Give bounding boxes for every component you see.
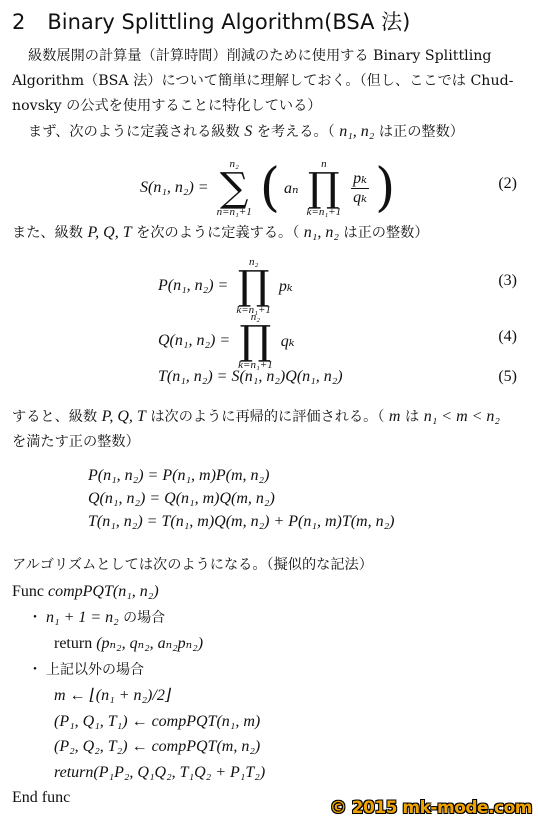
definition-text: また、級数 P, Q, T を次のように定義する。（ n₁, n₂ は正の整数）: [12, 220, 429, 246]
intro-line-4: まず、次のように定義される級数 S を考える。（ n₁, n₂ は正の整数）: [12, 119, 513, 145]
equation-number-4: (4): [498, 328, 517, 346]
section-heading: 2Binary Splittling Algorithm(BSA 法): [12, 6, 410, 36]
sum-operator: n₂ ∑ n=n₁+1: [217, 158, 252, 218]
watermark: © 2015 mk-mode.com: [330, 798, 532, 818]
recursion-text: すると、級数 P, Q, T は次のように再帰的に評価される。（ m は n₁ …: [12, 404, 500, 455]
section-title: Binary Splittling Algorithm(BSA 法): [47, 10, 410, 34]
pi-symbol: ∏: [308, 170, 340, 206]
end-func: End func: [12, 785, 265, 811]
case-1: ・ n₁ + 1 = n₂ の場合: [12, 605, 265, 632]
equation-number-3: (3): [498, 272, 517, 290]
fraction: pₖ qₖ: [351, 170, 369, 207]
product-operator: n₂ ∏ k=n₁+1: [236, 256, 271, 316]
step-4: return(P₁P₂, Q₁Q₂, T₁Q₂ + P₁T₂): [12, 760, 265, 786]
pi-symbol: ∏: [238, 268, 270, 304]
recursion-eq-q: Q(n₁, n₂) = Q(n₁, m)Q(m, n₂): [88, 487, 395, 510]
recursion-eq-t: T(n₁, n₂) = T(n₁, m)Q(m, n₂) + P(n₁, m)T…: [88, 510, 395, 533]
product-operator: n₂ ∏ k=n₁+1: [238, 311, 273, 371]
case-1-return: return (pₙ₂, qₙ₂, aₙ₂pₙ₂): [12, 631, 265, 657]
intro-paragraph: 級数展開の計算量（計算時間）削減のために使用する Binary Splittli…: [12, 44, 513, 145]
equation-number-2: (2): [498, 175, 517, 193]
left-paren: (: [260, 158, 280, 218]
algorithm-block: Func compPQT(n₁, n₂) ・ n₁ + 1 = n₂ の場合 r…: [12, 579, 265, 811]
intro-line-2: Algorithm（BSA 法）について簡単に理解しておく。（但し、ここでは C…: [12, 69, 513, 94]
equation-4: Q(n₁, n₂) = n₂ ∏ k=n₁+1 qₖ: [158, 311, 295, 371]
right-paren: ): [375, 158, 395, 218]
sigma-symbol: ∑: [220, 170, 249, 206]
step-1: m ← ⌊(n₁ + n₂)/2⌋: [12, 683, 265, 709]
recursion-equations: P(n₁, n₂) = P(n₁, m)P(m, n₂) Q(n₁, n₂) =…: [88, 464, 395, 533]
equation-5: T(n₁, n₂) = S(n₁, n₂)Q(n₁, n₂): [158, 368, 343, 386]
algorithm-intro: アルゴリズムとしては次のようになる。（擬似的な記法）: [12, 553, 373, 578]
pi-symbol: ∏: [240, 323, 272, 359]
case-2: ・ 上記以外の場合: [12, 657, 265, 684]
func-signature: Func compPQT(n₁, n₂): [12, 579, 265, 605]
intro-line-3: novsky の公式を使用することに特化している）: [12, 94, 513, 119]
step-2: (P₁, Q₁, T₁) ← compPQT(n₁, m): [12, 709, 265, 735]
equation-number-5: (5): [498, 368, 517, 386]
recursion-eq-p: P(n₁, n₂) = P(n₁, m)P(m, n₂): [88, 464, 395, 487]
bullet: ・: [28, 662, 42, 678]
equation-2: S(n₁, n₂) = n₂ ∑ n=n₁+1 ( aₙ n ∏ k=n₁+1 …: [140, 158, 395, 218]
bullet: ・: [28, 610, 42, 626]
product-operator: n ∏ k=n₁+1: [307, 158, 342, 218]
section-number: 2: [12, 10, 25, 34]
equation-3: P(n₁, n₂) = n₂ ∏ k=n₁+1 pₖ: [158, 256, 293, 316]
intro-line-1: 級数展開の計算量（計算時間）削減のために使用する Binary Splittli…: [12, 44, 513, 69]
step-3: (P₂, Q₂, T₂) ← compPQT(m, n₂): [12, 734, 265, 760]
